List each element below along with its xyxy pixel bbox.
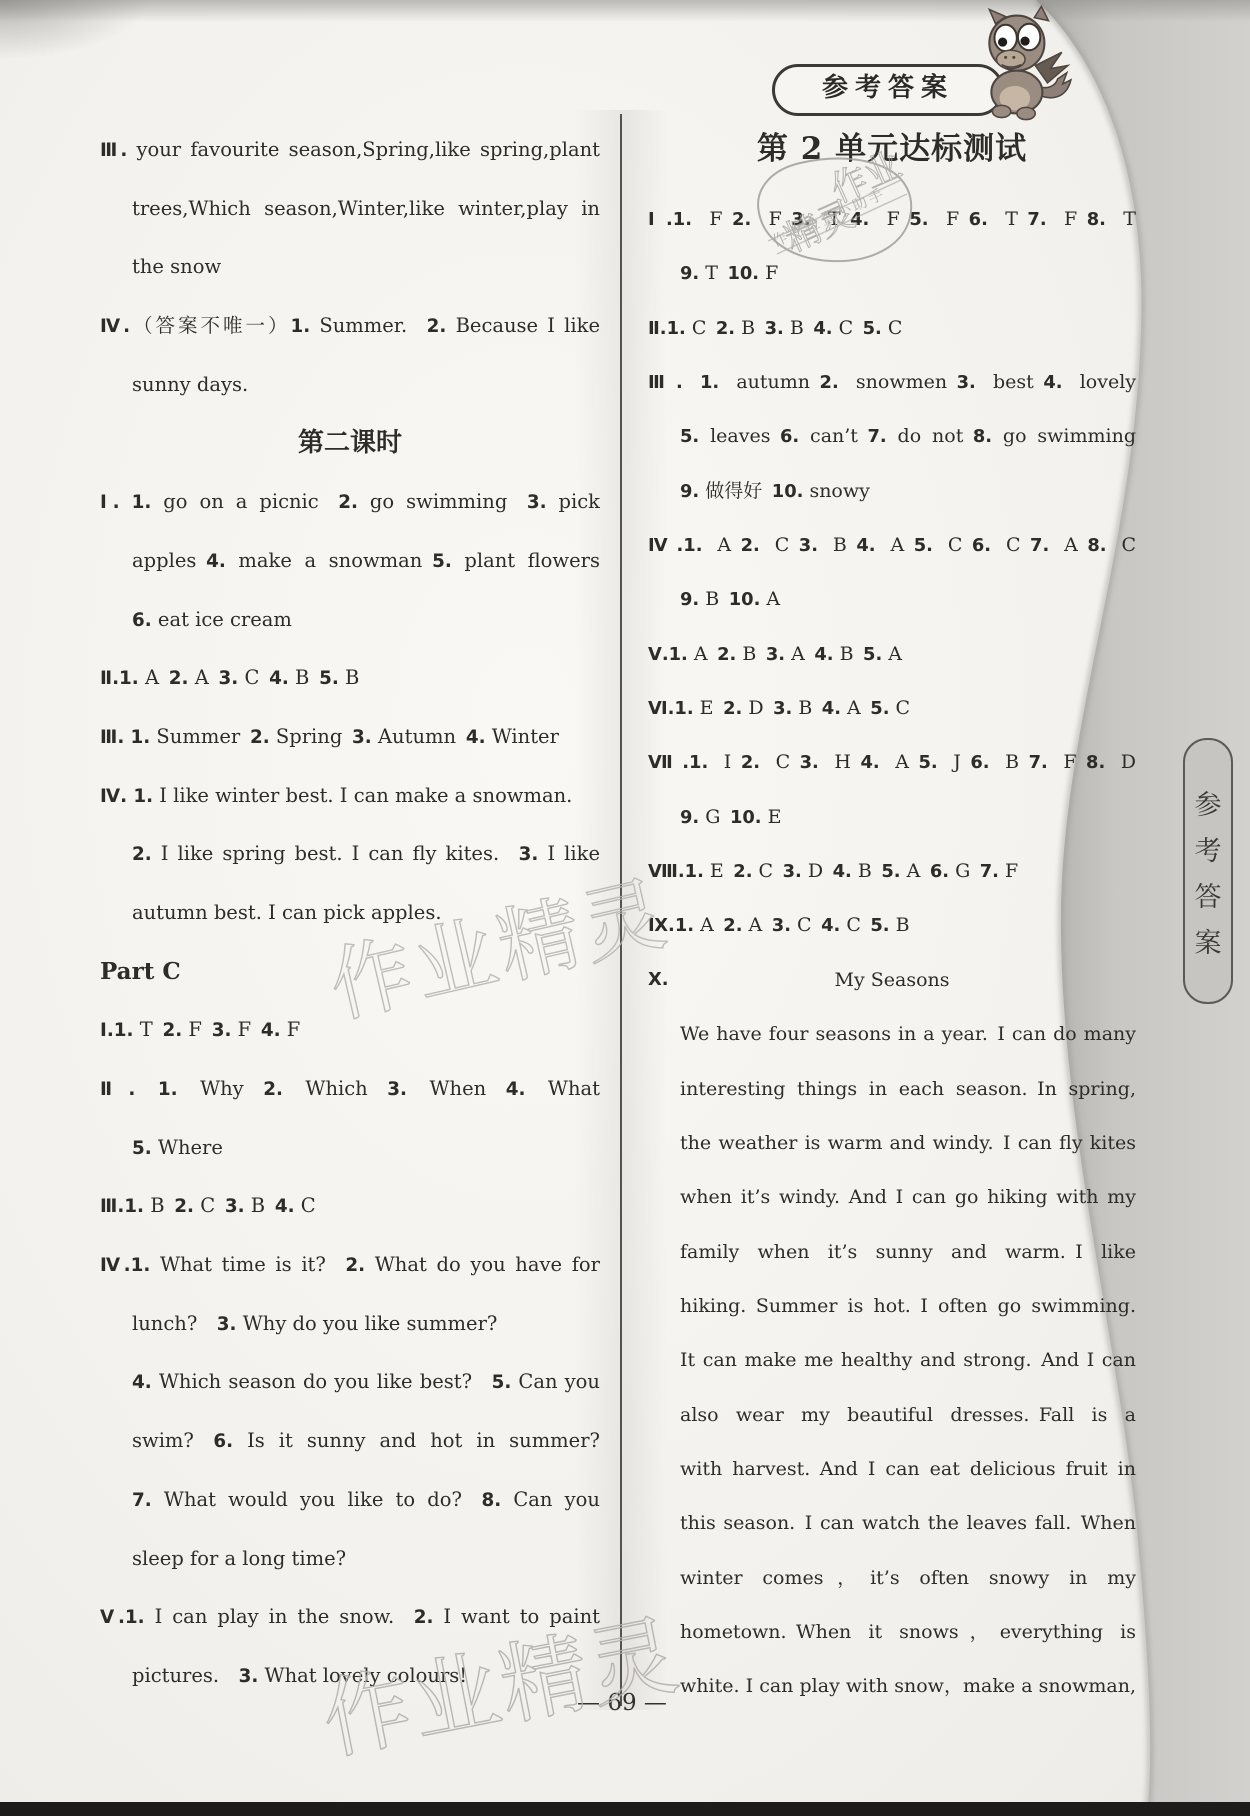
text-segment: Can you bbox=[511, 1370, 600, 1393]
text-segment: Which bbox=[283, 1077, 387, 1100]
text-segment: G bbox=[949, 860, 980, 882]
text-segment: go swimming bbox=[992, 425, 1136, 447]
text-segment: 8. bbox=[481, 1490, 501, 1511]
left-column: Ⅲ. your favourite season,Spring,like spr… bbox=[100, 121, 600, 1706]
answer-line: Ⅳ. 1. I like winter best. I can make a s… bbox=[100, 767, 600, 826]
text-segment: F bbox=[929, 208, 969, 230]
text-segment: C bbox=[295, 1194, 316, 1217]
text-segment: swim? bbox=[132, 1429, 213, 1452]
text-segment: 4. bbox=[850, 209, 869, 230]
answer-line: lunch? 3. Why do you like summer? bbox=[100, 1295, 600, 1354]
text-segment: 1. bbox=[132, 492, 152, 513]
answer-line: sleep for a long time? bbox=[100, 1530, 600, 1589]
text-segment: lunch? bbox=[132, 1312, 217, 1335]
text-segment: 10. bbox=[730, 807, 762, 828]
text-segment: 1. bbox=[290, 316, 310, 337]
text-segment: 4. bbox=[506, 1079, 526, 1100]
text-segment: Ⅲ. bbox=[100, 140, 127, 161]
answer-line: 6. eat ice cream bbox=[100, 591, 600, 650]
answer-line: family when it’s sunny and warm. I like bbox=[648, 1225, 1136, 1279]
text-segment: 2. bbox=[732, 209, 751, 230]
side-tab-char: 案 bbox=[1195, 921, 1222, 960]
text-segment: B bbox=[890, 914, 910, 936]
text-segment: C bbox=[840, 914, 870, 936]
side-tab-char: 参 bbox=[1195, 783, 1222, 822]
answer-line: the weather is warm and windy. I can fly… bbox=[648, 1116, 1136, 1170]
text-segment: D bbox=[742, 697, 773, 719]
answer-line: sunny days. bbox=[100, 356, 600, 415]
answer-line: interesting things in each season. In sp… bbox=[648, 1062, 1136, 1116]
scan-corner-shadow bbox=[0, 0, 150, 60]
text-segment: Ⅸ. bbox=[648, 915, 675, 936]
text-segment: 1. bbox=[131, 1255, 151, 1276]
text-segment: with harvest. And I can eat delicious fr… bbox=[680, 1458, 1136, 1480]
text-segment: 做得好 bbox=[699, 480, 772, 502]
text-segment: I want to paint bbox=[433, 1605, 600, 1628]
text-segment: 2. bbox=[741, 752, 760, 773]
answer-line: 9. G 10. E bbox=[648, 790, 1136, 844]
text-segment: 1. bbox=[124, 1196, 144, 1217]
text-segment: this season. I can watch the leaves fall… bbox=[680, 1512, 1136, 1534]
text-segment: 2. bbox=[717, 644, 736, 665]
answer-line: hometown. When it snows，everything is bbox=[648, 1605, 1136, 1659]
text-segment: go swimming bbox=[358, 490, 527, 513]
text-segment: 3. bbox=[772, 915, 791, 936]
text-segment: A bbox=[785, 643, 814, 665]
text-segment: F bbox=[281, 1018, 301, 1041]
text-segment: make a snowman bbox=[226, 549, 432, 572]
text-segment: Ⅱ. bbox=[100, 668, 119, 689]
text-segment: B bbox=[990, 751, 1029, 773]
text-segment: 2. bbox=[414, 1607, 434, 1628]
text-segment: 7. bbox=[1027, 209, 1046, 230]
text-segment: 4. bbox=[466, 727, 486, 748]
text-segment: We have four seasons in a year. I can do… bbox=[680, 1023, 1136, 1045]
text-segment: pictures. bbox=[132, 1664, 239, 1687]
text-segment: 2. bbox=[723, 698, 742, 719]
text-segment: B bbox=[245, 1194, 275, 1217]
text-segment: 5. bbox=[870, 915, 889, 936]
text-segment: （答案不唯一） bbox=[130, 314, 290, 337]
text-segment: 4. bbox=[261, 1020, 281, 1041]
text-segment: F bbox=[182, 1018, 211, 1041]
text-segment: 5. bbox=[680, 426, 699, 447]
answer-line: also wear my beautiful dresses. Fall is … bbox=[648, 1388, 1136, 1442]
answer-line: Ⅹ.My Seasons bbox=[648, 953, 1136, 1007]
text-segment bbox=[683, 371, 700, 393]
text-segment: 3. bbox=[765, 318, 784, 339]
text-segment: snowmen bbox=[839, 371, 957, 393]
dragon-mascot-icon bbox=[972, 4, 1074, 122]
text-segment: 1. bbox=[114, 1020, 134, 1041]
text-segment: My Seasons bbox=[648, 953, 1136, 1007]
text-segment: 9. bbox=[680, 589, 699, 610]
answer-line: It can make me healthy and strong. And I… bbox=[648, 1333, 1136, 1387]
answer-line: pictures. 3. What lovely colours! bbox=[100, 1647, 600, 1706]
text-segment: Ⅰ. bbox=[100, 1020, 114, 1041]
text-segment: F bbox=[751, 208, 791, 230]
text-segment: 第 2 单元达标测试 bbox=[757, 131, 1027, 167]
text-segment: 4. bbox=[860, 752, 879, 773]
text-segment: 4. bbox=[814, 644, 833, 665]
text-segment: 2. bbox=[733, 861, 752, 882]
answer-line: Ⅶ.1. I 2. C 3. H 4. A 5. J 6. B 7. F 8. … bbox=[648, 735, 1136, 789]
text-segment bbox=[135, 1077, 158, 1100]
answer-line: this season. I can watch the leaves fall… bbox=[648, 1496, 1136, 1550]
text-segment: A bbox=[189, 666, 219, 689]
text-segment: 1. bbox=[125, 1607, 145, 1628]
text-segment: D bbox=[802, 860, 833, 882]
text-segment: T bbox=[988, 208, 1028, 230]
text-segment: 4. bbox=[275, 1196, 295, 1217]
text-segment: C bbox=[686, 317, 716, 339]
text-segment: 4. bbox=[833, 861, 852, 882]
text-segment: 2. bbox=[716, 318, 735, 339]
answer-line: Ⅰ. 1. go on a picnic 2. go swimming 3. p… bbox=[100, 473, 600, 532]
text-segment: 2. bbox=[427, 316, 447, 337]
text-segment: B bbox=[792, 697, 822, 719]
text-segment: 4. bbox=[269, 668, 289, 689]
answer-line: Ⅴ.1. A 2. B 3. A 4. B 5. A bbox=[648, 627, 1136, 681]
text-segment: A bbox=[139, 666, 169, 689]
text-segment: 6. bbox=[970, 752, 989, 773]
text-segment: 3. bbox=[527, 492, 547, 513]
answer-line: Ⅳ.1. A 2. C 3. B 4. A 5. C 6. C 7. A 8. … bbox=[648, 518, 1136, 572]
section-heading: Part C bbox=[100, 943, 600, 1002]
text-segment: What lovely colours! bbox=[258, 1664, 467, 1687]
answer-line: with harvest. And I can eat delicious fr… bbox=[648, 1442, 1136, 1496]
text-segment: hiking. Summer is hot. I often go swimmi… bbox=[680, 1295, 1136, 1317]
answer-line: 9. 做得好 10. snowy bbox=[648, 464, 1136, 518]
text-segment: 3. bbox=[352, 727, 372, 748]
answer-line: autumn best. I can pick apples. bbox=[100, 884, 600, 943]
side-tab-answers: 参 考 答 案 bbox=[1183, 738, 1233, 1004]
text-segment: 3. bbox=[225, 1196, 245, 1217]
text-segment: 3. bbox=[957, 372, 976, 393]
text-segment: C bbox=[933, 534, 972, 556]
text-segment: Ⅲ. bbox=[100, 727, 124, 748]
text-segment: trees,Which season,Winter,like winter,pl… bbox=[132, 197, 600, 220]
text-segment: 10. bbox=[729, 589, 761, 610]
text-segment: white. I can play with snow，make a snowm… bbox=[680, 1675, 1136, 1697]
text-segment: lovely bbox=[1063, 371, 1136, 393]
text-segment: 4. bbox=[856, 535, 875, 556]
text-segment: 5. bbox=[132, 1138, 152, 1159]
text-segment: 1. bbox=[119, 668, 139, 689]
text-segment: I like bbox=[538, 842, 600, 865]
text-segment: A bbox=[841, 697, 870, 719]
answer-line: white. I can play with snow，make a snowm… bbox=[648, 1659, 1136, 1713]
text-segment: 2. bbox=[169, 668, 189, 689]
text-segment: 1. bbox=[133, 786, 153, 807]
text-segment: 1. bbox=[674, 698, 693, 719]
text-segment: 7. bbox=[867, 426, 886, 447]
answer-line: 5. leaves 6. can’t 7. do not 8. go swimm… bbox=[648, 409, 1136, 463]
text-segment: do not bbox=[887, 425, 973, 447]
text-segment: Autumn bbox=[372, 725, 466, 748]
text-segment: Ⅰ. bbox=[100, 492, 120, 513]
answer-line: Ⅴ.1. I can play in the snow. 2. I want t… bbox=[100, 1588, 600, 1647]
text-segment: Is it sunny and hot in summer? bbox=[233, 1429, 600, 1452]
page-number: — 69 — bbox=[548, 1690, 696, 1716]
right-column: 第 2 单元达标测试Ⅰ.1. F 2. F 3. T 4. F 5. F 6. … bbox=[648, 112, 1136, 1714]
text-segment: Winter bbox=[486, 725, 559, 748]
text-segment: 1. bbox=[689, 752, 708, 773]
text-segment: snowy bbox=[803, 480, 869, 502]
text-segment: F bbox=[869, 208, 909, 230]
text-segment: Ⅳ. bbox=[100, 786, 127, 807]
text-segment: 2. bbox=[820, 372, 839, 393]
text-segment: 2. bbox=[723, 915, 742, 936]
text-segment: 1. bbox=[158, 1079, 178, 1100]
text-segment: 3. bbox=[799, 535, 818, 556]
text-segment: Why do you like summer? bbox=[237, 1312, 498, 1335]
text-segment: 7. bbox=[132, 1490, 152, 1511]
text-segment: 2. bbox=[132, 844, 152, 865]
text-segment: B bbox=[852, 860, 882, 882]
text-segment: 6. bbox=[969, 209, 988, 230]
text-segment: winter comes，it’s often snowy in my bbox=[680, 1567, 1136, 1589]
text-segment: T bbox=[134, 1018, 163, 1041]
text-segment: Summer. bbox=[310, 314, 427, 337]
text-segment: A bbox=[901, 860, 930, 882]
text-segment: B bbox=[699, 588, 729, 610]
section-heading: 第二课时 bbox=[100, 414, 600, 473]
text-segment: Spring bbox=[270, 725, 352, 748]
text-segment: also wear my beautiful dresses. Fall is … bbox=[680, 1404, 1136, 1442]
text-segment: What bbox=[525, 1077, 600, 1100]
text-segment: 2. bbox=[263, 1079, 283, 1100]
text-segment: A bbox=[880, 751, 919, 773]
text-segment: when it’s windy. And I can go hiking wit… bbox=[680, 1186, 1136, 1208]
answer-line: 4. Which season do you like best? 5. Can… bbox=[100, 1353, 600, 1412]
text-segment: A bbox=[876, 534, 914, 556]
text-segment: sleep for a long time? bbox=[132, 1547, 346, 1570]
answer-line: We have four seasons in a year. I can do… bbox=[648, 1007, 1136, 1061]
text-segment: Ⅵ. bbox=[648, 698, 674, 719]
answer-line: apples 4. make a snowman 5. plant flower… bbox=[100, 532, 600, 591]
text-segment: It can make me healthy and strong. And I… bbox=[680, 1349, 1136, 1371]
text-segment: C bbox=[1107, 534, 1136, 556]
text-segment: 3. bbox=[387, 1079, 407, 1100]
answer-line: Ⅲ.1. B 2. C 3. B 4. C bbox=[100, 1177, 600, 1236]
text-segment: 4. bbox=[1043, 372, 1062, 393]
text-segment: C bbox=[760, 751, 800, 773]
text-segment: 3. bbox=[212, 1020, 232, 1041]
text-segment: I like winter best. I can make a snowman… bbox=[153, 784, 572, 807]
text-segment: C bbox=[760, 534, 799, 556]
text-segment: A bbox=[1049, 534, 1087, 556]
text-segment: 5. bbox=[881, 861, 900, 882]
text-segment: 2. bbox=[250, 727, 270, 748]
answer-line: Ⅰ.1. F 2. F 3. T 4. F 5. F 6. T 7. F 8. … bbox=[648, 192, 1136, 246]
answer-line: 7. What would you like to do? 8. Can you bbox=[100, 1471, 600, 1530]
text-segment: 5. bbox=[909, 209, 928, 230]
scan-bottom-edge bbox=[0, 1802, 1250, 1816]
text-segment: interesting things in each season. In sp… bbox=[680, 1078, 1136, 1100]
side-tab-char: 答 bbox=[1195, 875, 1222, 914]
text-segment: 2. bbox=[741, 535, 760, 556]
text-segment: B bbox=[735, 317, 765, 339]
text-segment: 4. bbox=[813, 318, 832, 339]
text-segment: F bbox=[692, 208, 732, 230]
text-segment: best bbox=[976, 371, 1043, 393]
text-segment: B bbox=[736, 643, 766, 665]
text-segment: Ⅳ. bbox=[100, 316, 130, 337]
text-segment: 5. bbox=[863, 318, 882, 339]
text-segment: A bbox=[702, 534, 740, 556]
answer-line: Ⅳ.（答案不唯一）1. Summer. 2. Because I like bbox=[100, 297, 600, 356]
text-segment: C bbox=[991, 534, 1030, 556]
text-segment: A bbox=[882, 643, 902, 665]
text-segment: B bbox=[784, 317, 814, 339]
text-segment: 1. bbox=[685, 861, 704, 882]
answer-line: winter comes，it’s often snowy in my bbox=[648, 1551, 1136, 1605]
text-segment: sunny days. bbox=[132, 373, 248, 396]
text-segment: Why bbox=[178, 1077, 264, 1100]
text-segment: can’t bbox=[799, 425, 867, 447]
text-segment: F bbox=[999, 860, 1018, 882]
text-segment: 1. bbox=[700, 372, 719, 393]
text-segment: 9. bbox=[680, 807, 699, 828]
text-segment: 9. bbox=[680, 263, 699, 284]
text-segment: I bbox=[708, 751, 741, 773]
scanned-answer-page: 参考答案 Ⅲ. your favourite season,Spring,lik… bbox=[0, 0, 1250, 1816]
text-segment: A bbox=[760, 588, 780, 610]
text-segment: C bbox=[890, 697, 911, 719]
text-segment: C bbox=[791, 914, 821, 936]
text-segment: Ⅴ. bbox=[648, 644, 669, 665]
text-segment: your favourite season,Spring,like spring… bbox=[127, 138, 600, 161]
text-segment: Ⅳ. bbox=[100, 1255, 131, 1276]
side-tab-char: 考 bbox=[1195, 829, 1222, 868]
text-segment: 6. bbox=[213, 1431, 233, 1452]
text-segment: go on a picnic bbox=[151, 490, 338, 513]
text-segment: Summer bbox=[150, 725, 250, 748]
text-segment: family when it’s sunny and warm. I like bbox=[680, 1241, 1136, 1263]
text-segment: pick bbox=[547, 490, 600, 513]
text-segment: autumn best. I can pick apples. bbox=[132, 901, 442, 924]
text-segment: 1. bbox=[669, 644, 688, 665]
answer-line: Ⅱ.1. C 2. B 3. B 4. C 5. C bbox=[648, 301, 1136, 355]
text-segment: T bbox=[811, 208, 851, 230]
text-segment: C bbox=[238, 666, 269, 689]
answer-line: Ⅲ. your favourite season,Spring,like spr… bbox=[100, 121, 600, 180]
text-segment: 8. bbox=[1087, 535, 1106, 556]
text-segment: C bbox=[882, 317, 903, 339]
text-segment: 3. bbox=[219, 668, 239, 689]
answer-line: 2. I like spring best. I can fly kites. … bbox=[100, 825, 600, 884]
text-segment: B bbox=[834, 643, 864, 665]
answer-line: Ⅲ. 1. Summer 2. Spring 3. Autumn 4. Wint… bbox=[100, 708, 600, 767]
text-segment: 3. bbox=[783, 861, 802, 882]
text-segment: 5. bbox=[863, 644, 882, 665]
text-segment: 2. bbox=[162, 1020, 182, 1041]
answer-line: swim? 6. Is it sunny and hot in summer? bbox=[100, 1412, 600, 1471]
text-segment: 1. bbox=[675, 915, 694, 936]
text-segment: B bbox=[144, 1194, 174, 1217]
text-segment: 9. bbox=[680, 481, 699, 502]
text-segment: 3. bbox=[217, 1314, 237, 1335]
answer-line: Ⅷ.1. E 2. C 3. D 4. B 5. A 6. G 7. F bbox=[648, 844, 1136, 898]
text-segment: 5. bbox=[432, 551, 452, 572]
text-segment: 4. bbox=[822, 698, 841, 719]
text-segment: C bbox=[753, 860, 783, 882]
answer-line: when it’s windy. And I can go hiking wit… bbox=[648, 1170, 1136, 1224]
text-segment: 1. bbox=[667, 318, 686, 339]
text-segment: F bbox=[759, 262, 778, 284]
text-segment: 6. bbox=[132, 610, 152, 631]
text-segment: eat ice cream bbox=[152, 608, 292, 631]
text-segment: Part C bbox=[100, 958, 181, 985]
text-segment: E bbox=[694, 697, 723, 719]
text-segment: F bbox=[231, 1018, 260, 1041]
text-segment: 3. bbox=[519, 844, 539, 865]
text-segment: I can play in the snow. bbox=[145, 1605, 414, 1628]
text-segment: 2. bbox=[345, 1255, 365, 1276]
text-segment: 3. bbox=[773, 698, 792, 719]
text-segment: 8. bbox=[1086, 752, 1105, 773]
text-segment: 2. bbox=[174, 1196, 194, 1217]
text-segment: E bbox=[704, 860, 733, 882]
text-segment: 10. bbox=[772, 481, 804, 502]
text-segment: 8. bbox=[973, 426, 992, 447]
text-segment: Ⅲ. bbox=[648, 372, 683, 393]
text-segment: G bbox=[699, 806, 730, 828]
text-segment: Which season do you like best? bbox=[152, 1370, 492, 1393]
text-segment: 6. bbox=[930, 861, 949, 882]
text-segment: E bbox=[762, 806, 782, 828]
text-segment: T bbox=[699, 262, 727, 284]
text-segment: Ⅳ. bbox=[648, 535, 683, 556]
answer-line: 5. Where bbox=[100, 1119, 600, 1178]
text-segment: A bbox=[694, 914, 723, 936]
text-segment: What time is it? bbox=[150, 1253, 345, 1276]
text-segment: leaves bbox=[699, 425, 780, 447]
text-segment: Ⅲ. bbox=[100, 1196, 124, 1217]
text-segment: 5. bbox=[870, 698, 889, 719]
text-segment: F bbox=[1048, 751, 1086, 773]
text-segment: F bbox=[1047, 208, 1087, 230]
text-segment: autumn bbox=[719, 371, 819, 393]
text-segment: 7. bbox=[980, 861, 999, 882]
answer-line: Ⅱ. 1. Why 2. Which 3. When 4. What bbox=[100, 1060, 600, 1119]
text-segment: 7. bbox=[1030, 535, 1049, 556]
text-segment: B bbox=[339, 666, 360, 689]
text-segment: H bbox=[819, 751, 861, 773]
text-segment: 3. bbox=[800, 752, 819, 773]
text-segment: 8. bbox=[1087, 209, 1106, 230]
text-segment: plant flowers bbox=[452, 549, 600, 572]
answer-line: trees,Which season,Winter,like winter,pl… bbox=[100, 180, 600, 239]
text-segment: apples bbox=[132, 549, 206, 572]
answer-line: Ⅰ.1. T 2. F 3. F 4. F bbox=[100, 1001, 600, 1060]
text-segment: Ⅷ. bbox=[648, 861, 685, 882]
text-segment: 5. bbox=[492, 1372, 512, 1393]
text-segment: When bbox=[407, 1077, 506, 1100]
text-segment: 1. bbox=[683, 535, 702, 556]
text-segment: A bbox=[743, 914, 772, 936]
text-segment: What would you like to do? bbox=[152, 1488, 482, 1511]
text-segment: 5. bbox=[319, 668, 339, 689]
text-segment bbox=[120, 490, 132, 513]
text-segment: 3. bbox=[239, 1666, 259, 1687]
text-segment: 5. bbox=[918, 752, 937, 773]
text-segment: 4. bbox=[132, 1372, 152, 1393]
answer-line: 9. T 10. F bbox=[648, 246, 1136, 300]
answers-banner: 参考答案 bbox=[772, 64, 1004, 116]
answer-line: Ⅱ.1. A 2. A 3. C 4. B 5. B bbox=[100, 649, 600, 708]
